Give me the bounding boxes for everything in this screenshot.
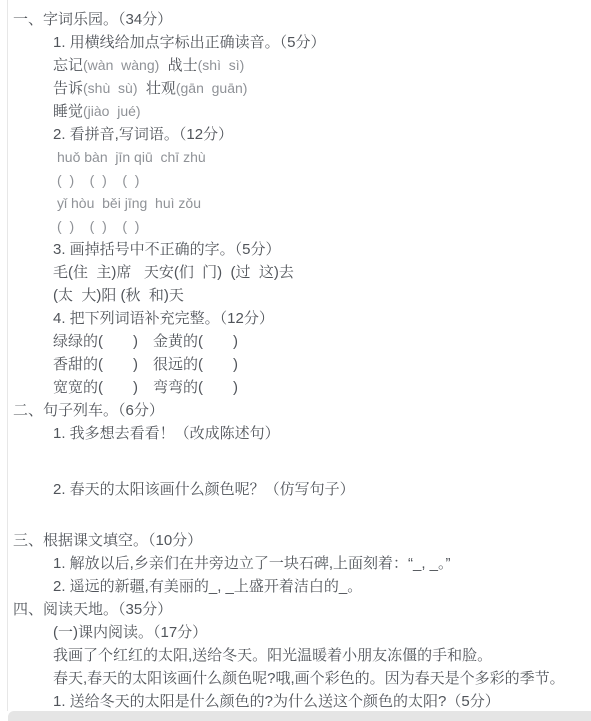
s1-q2-answer-blanks-1: ( ) ( ) ( ) [0,169,591,192]
pinyin-options: (jiào jué) [83,103,141,119]
word-text: 睡觉 [53,103,83,120]
s1-q2-pinyin-row-2: yǐ hòu běi jīng huì zǒu [0,192,591,215]
s1-q4-row-1: 绿绿的( ) 金黄的( ) [0,330,591,353]
s1-q4-row-2: 香甜的( ) 很远的( ) [0,353,591,376]
pinyin-options: (shù sù) [83,80,137,96]
s1-q2-title: 2. 看拼音,写词语。（12分） [0,123,591,146]
section-4-title: 四、阅读天地。（35分） [0,598,591,621]
s4-q1: 1. 送给冬天的太阳是什么颜色的?为什么送这个颜色的太阳?（5分） [0,690,591,713]
section-3-title: 三、根据课文填空。（10分） [0,529,591,552]
s1-q1-row-3: 睡觉(jiào jué) [0,100,591,123]
answer-space [0,501,591,529]
s1-q4-title: 4. 把下列词语补充完整。（12分） [0,307,591,330]
s3-q1: 1. 解放以后,乡亲们在井旁边立了一块石碑,上面刻着：“_, _。” [0,552,591,575]
s1-q1-row-1: 忘记(wàn wàng) 战士(shì sì) [0,54,591,77]
s2-q2: 2. 春天的太阳该画什么颜色呢？（仿写句子） [0,478,591,501]
s4-passage-line-1: 我画了个红红的太阳,送给冬天。阳光温暖着小朋友冻僵的手和脸。 [0,644,591,667]
s1-q3-title: 3. 画掉括号中不正确的字。（5分） [0,238,591,261]
s1-q2-pinyin-row-1: huǒ bàn jīn qiū chī zhù [0,146,591,169]
word-text: 战士 [159,57,197,74]
pinyin-options: (gān guān) [176,80,248,96]
page-left-border [7,0,8,711]
pinyin-options: (shì sì) [198,57,245,73]
s1-q1-title: 1. 用横线给加点字标出正确读音。（5分） [0,31,591,54]
s2-q1: 1. 我多想去看看！（改成陈述句） [0,422,591,445]
s1-q3-row-2: (太 大)阳 (秋 和)天 [0,284,591,307]
s1-q3-row-1: 毛(住 主)席 天安(们 门) (过 这)去 [0,261,591,284]
s4-passage-line-2: 春天,春天的太阳该画什么颜色呢?哦,画个彩色的。因为春天是个多彩的季节。 [0,667,591,690]
section-1-title: 一、字词乐园。（34分） [0,8,591,31]
s1-q4-row-3: 宽宽的( ) 弯弯的( ) [0,376,591,399]
exam-paper: 一、字词乐园。（34分） 1. 用横线给加点字标出正确读音。（5分） 忘记(wà… [0,0,591,713]
word-text: 忘记 [53,57,83,74]
section-2-title: 二、句子列车。（6分） [0,399,591,422]
page-bottom-edge [8,711,591,721]
s3-q2: 2. 遥远的新疆,有美丽的_, _上盛开着洁白的_。 [0,575,591,598]
word-text: 壮观 [137,80,175,97]
s1-q2-answer-blanks-2: ( ) ( ) ( ) [0,215,591,238]
answer-space [0,445,591,478]
s4-sub-title: (一)课内阅读。（17分） [0,621,591,644]
pinyin-options: (wàn wàng) [83,57,159,73]
word-text: 告诉 [53,80,83,97]
s1-q1-row-2: 告诉(shù sù) 壮观(gān guān) [0,77,591,100]
